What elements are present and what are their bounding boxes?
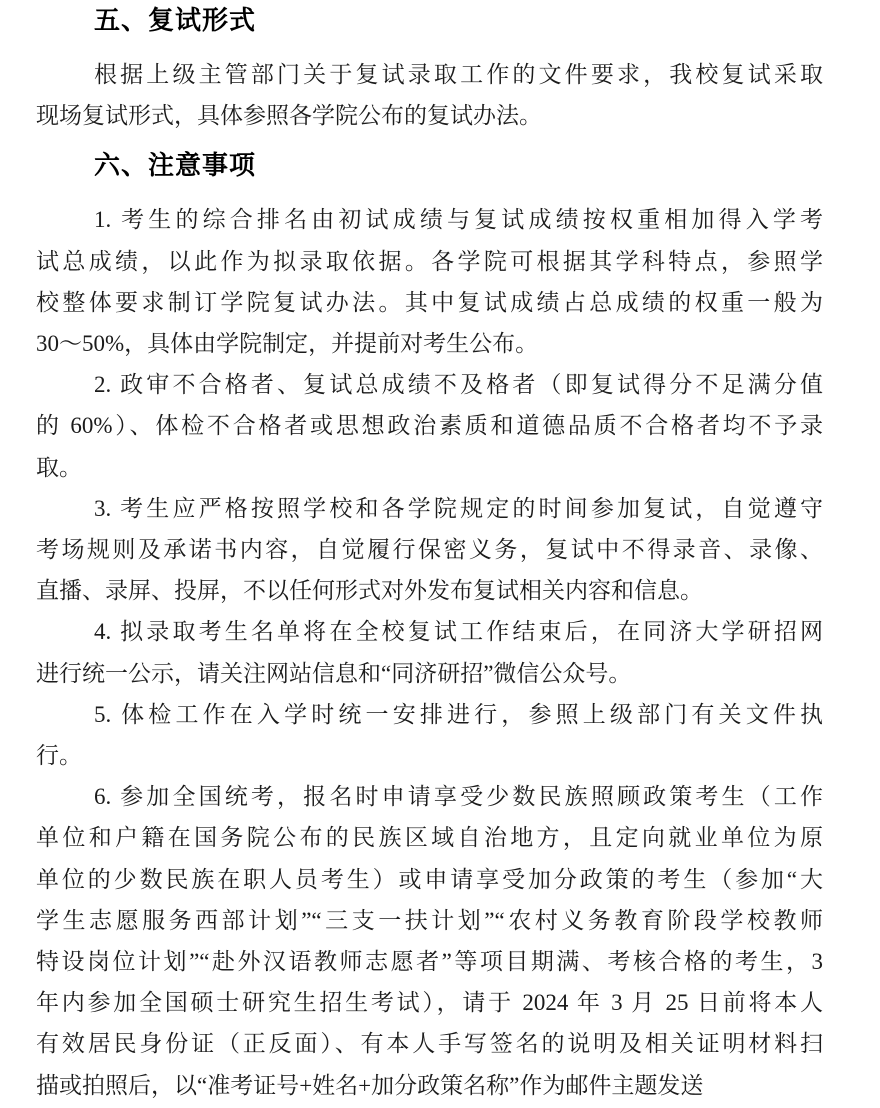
text-line: 6. 参加全国统考，报名时申请享受少数民族照顾政策考生（工作 <box>36 776 823 817</box>
text-line: 年内参加全国硕士研究生招生考试），请于 2024 年 3 月 25 日前将本人 <box>36 982 823 1023</box>
text-line: 行。 <box>36 735 823 776</box>
text-line: 单位和户籍在国务院公布的民族区域自治地方，且定向就业单位为原 <box>36 817 823 858</box>
section-heading: 五、复试形式 <box>94 3 823 37</box>
paragraph: 4. 拟录取考生名单将在全校复试工作结束后，在同济大学研招网进行统一公示，请关注… <box>36 611 823 693</box>
document-page: 五、复试形式根据上级主管部门关于复试录取工作的文件要求，我校复试采取现场复试形式… <box>0 0 880 1108</box>
text-line: 进行统一公示，请关注网站信息和“同济研招”微信公众号。 <box>36 653 823 694</box>
text-line: 单位的少数民族在职人员考生）或申请享受加分政策的考生（参加“大 <box>36 859 823 900</box>
text-line: 考场规则及承诺书内容，自觉履行保密义务，复试中不得录音、录像、 <box>36 529 823 570</box>
text-line: 30～50%，具体由学院制定，并提前对考生公布。 <box>36 323 823 364</box>
text-line: 特设岗位计划”“赴外汉语教师志愿者”等项目期满、考核合格的考生，3 <box>36 941 823 982</box>
paragraph: 6. 参加全国统考，报名时申请享受少数民族照顾政策考生（工作单位和户籍在国务院公… <box>36 776 823 1106</box>
text-line: 直播、录屏、投屏，不以任何形式对外发布复试相关内容和信息。 <box>36 570 823 611</box>
paragraph: 1. 考生的综合排名由初试成绩与复试成绩按权重相加得入学考试总成绩，以此作为拟录… <box>36 199 823 364</box>
text-line: 2. 政审不合格者、复试总成绩不及格者（即复试得分不足满分值 <box>36 364 823 405</box>
text-line: 3. 考生应严格按照学校和各学院规定的时间参加复试，自觉遵守 <box>36 488 823 529</box>
text-line: 校整体要求制订学院复试办法。其中复试成绩占总成绩的权重一般为 <box>36 282 823 323</box>
text-line: 学生志愿服务西部计划”“三支一扶计划”“农村义务教育阶段学校教师 <box>36 900 823 941</box>
paragraph: 2. 政审不合格者、复试总成绩不及格者（即复试得分不足满分值的 60%）、体检不… <box>36 364 823 488</box>
section-heading: 六、注意事项 <box>94 148 823 182</box>
paragraph: 根据上级主管部门关于复试录取工作的文件要求，我校复试采取现场复试形式，具体参照各… <box>36 54 823 136</box>
paragraph: 3. 考生应严格按照学校和各学院规定的时间参加复试，自觉遵守考场规则及承诺书内容… <box>36 488 823 612</box>
paragraph: 5. 体检工作在入学时统一安排进行，参照上级部门有关文件执行。 <box>36 694 823 776</box>
text-line: 试总成绩，以此作为拟录取依据。各学院可根据其学科特点，参照学 <box>36 241 823 282</box>
text-line: 1. 考生的综合排名由初试成绩与复试成绩按权重相加得入学考 <box>36 199 823 240</box>
text-line: 5. 体检工作在入学时统一安排进行，参照上级部门有关文件执 <box>36 694 823 735</box>
text-line: 有效居民身份证（正反面）、有本人手写签名的说明及相关证明材料扫 <box>36 1023 823 1064</box>
text-line: 的 60%）、体检不合格者或思想政治素质和道德品质不合格者均不予录 <box>36 405 823 446</box>
text-line: 根据上级主管部门关于复试录取工作的文件要求，我校复试采取 <box>36 54 823 95</box>
text-line: 4. 拟录取考生名单将在全校复试工作结束后，在同济大学研招网 <box>36 611 823 652</box>
text-line: 取。 <box>36 447 823 488</box>
text-line: 现场复试形式，具体参照各学院公布的复试办法。 <box>36 95 823 136</box>
text-line: 描或拍照后，以“准考证号+姓名+加分政策名称”作为邮件主题发送 <box>36 1065 823 1106</box>
